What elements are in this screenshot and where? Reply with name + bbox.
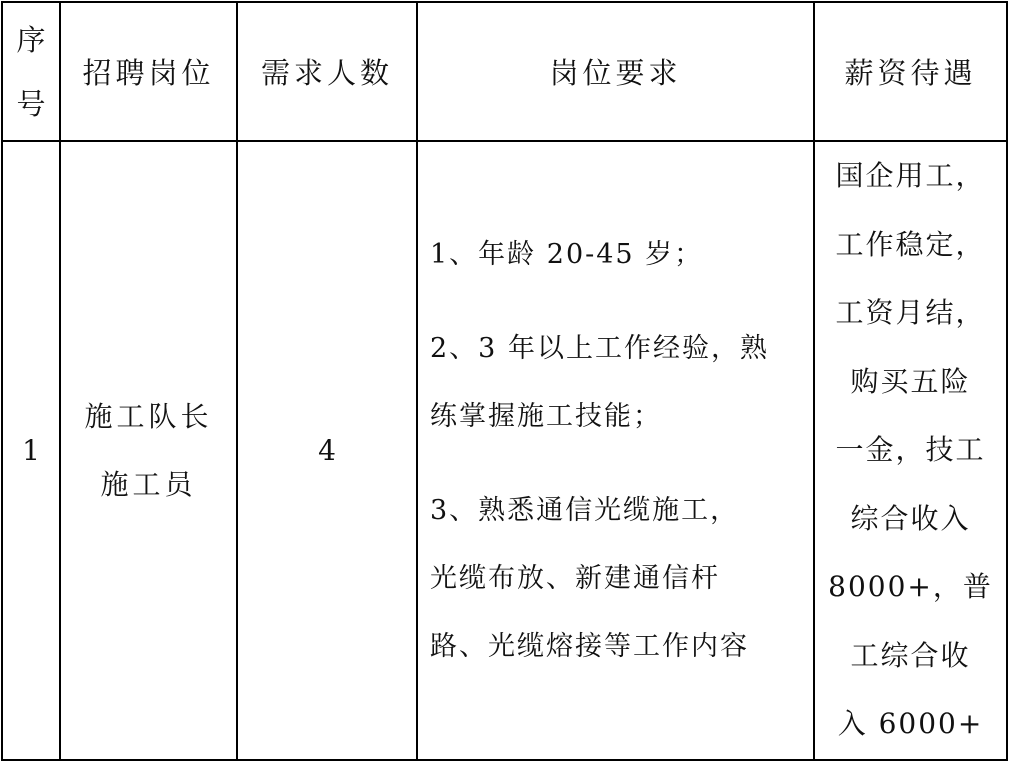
header-salary: 薪资待遇 xyxy=(814,2,1007,141)
header-requirements: 岗位要求 xyxy=(417,2,814,141)
salary-line: 工作稳定， xyxy=(815,211,1006,280)
header-no: 序 号 xyxy=(2,2,60,141)
requirement-line: 2、3 年以上工作经验，熟 xyxy=(430,315,813,383)
salary-line: 购买五险 xyxy=(815,348,1006,417)
header-headcount: 需求人数 xyxy=(237,2,417,141)
position-line: 施工员 xyxy=(61,451,236,519)
requirement-line: 路、光缆熔接等工作内容 xyxy=(430,613,813,681)
header-row: 序 号 招聘岗位 需求人数 岗位要求 薪资待遇 xyxy=(2,2,1007,141)
position-line: 施工队长 xyxy=(61,383,236,451)
table-row: 1 施工队长 施工员 4 1、年龄 20-45 岁； 2、3 年以上工作经验，熟… xyxy=(2,141,1007,760)
salary-line: 工综合收 xyxy=(815,622,1006,691)
salary-line: 入 6000+ xyxy=(815,690,1006,759)
header-no-line1: 序 xyxy=(3,8,59,72)
salary-line: 综合收入 xyxy=(815,485,1006,554)
row-requirements: 1、年龄 20-45 岁； 2、3 年以上工作经验，熟 练掌握施工技能； 3、熟… xyxy=(417,141,814,760)
recruitment-table: 序 号 招聘岗位 需求人数 岗位要求 薪资待遇 1 施工队长 施工员 4 1、年… xyxy=(1,1,1008,761)
row-salary: 国企用工， 工作稳定， 工资月结， 购买五险 一金，技工 综合收入 8000+，… xyxy=(814,141,1007,760)
salary-line: 8000+，普 xyxy=(815,553,1006,622)
salary-line: 工资月结， xyxy=(815,279,1006,348)
requirement-line: 练掌握施工技能； xyxy=(430,383,813,451)
requirement-line: 3、熟悉通信光缆施工， xyxy=(430,477,813,545)
requirement-line: 光缆布放、新建通信杆 xyxy=(430,545,813,613)
header-no-line2: 号 xyxy=(3,72,59,136)
row-headcount: 4 xyxy=(237,141,417,760)
row-no: 1 xyxy=(2,141,60,760)
header-position: 招聘岗位 xyxy=(60,2,237,141)
salary-line: 一金，技工 xyxy=(815,416,1006,485)
salary-line: 国企用工， xyxy=(815,142,1006,211)
requirement-line: 1、年龄 20-45 岁； xyxy=(430,221,813,289)
row-position: 施工队长 施工员 xyxy=(60,141,237,760)
